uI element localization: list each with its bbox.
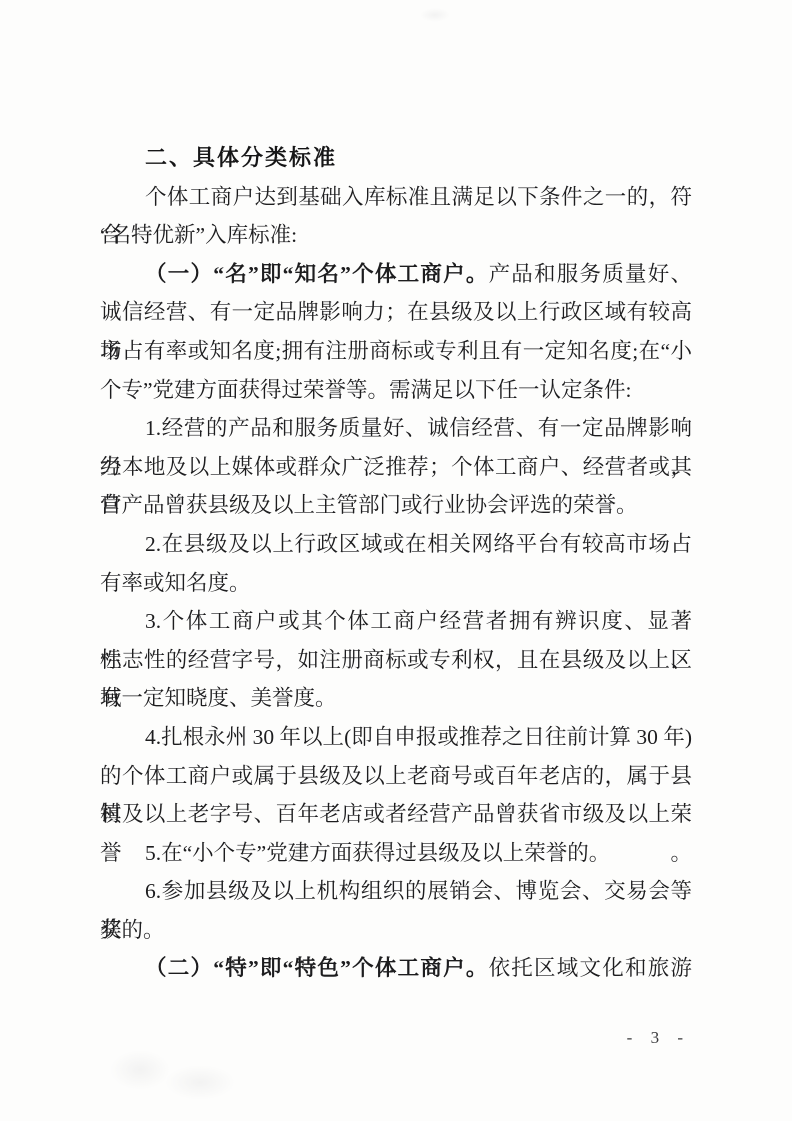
document-page: 二、具体分类标准个体工商户达到基础入库标准且满足以下条件之一的，符合“名特优新”… xyxy=(0,0,792,1121)
section-heading: 二、具体分类标准 xyxy=(100,139,692,178)
text-segment: 有一定知晓度、美誉度。 xyxy=(100,686,337,710)
text-line: 5.在“小个专”党建方面获得过县级及以上荣誉的。 xyxy=(100,834,692,873)
text-segment: 个专”党建方面获得过荣誉等。需满足以下任一认定条件: xyxy=(100,378,632,402)
text-line: 2.在县级及以上行政区域或在相关网络平台有较高市场占 xyxy=(100,525,692,564)
text-segment: 奖的。 xyxy=(100,918,165,942)
bold-text-segment: （一）“名”即“知名”个体工商户。 xyxy=(145,262,489,286)
text-segment: “名特优新”入库标准: xyxy=(100,223,297,247)
text-line: 6.参加县级及以上机构组织的展销会、博览会、交易会等获 xyxy=(100,872,692,911)
text-segment: 4.扎根永州 30 年以上(即自申报或推荐之日往前计算 30 年) xyxy=(145,725,692,749)
text-line: 村及以上老字号、百年老店或者经营产品曾获省市级及以上荣誉。 xyxy=(100,795,692,834)
text-line: 个专”党建方面获得过荣誉等。需满足以下任一认定条件: xyxy=(100,371,692,410)
text-line: 奖的。 xyxy=(100,911,692,950)
text-line: 诚信经营、有一定品牌影响力；在县级及以上行政区域有较高市 xyxy=(100,293,692,332)
text-line: 有一定知晓度、美誉度。 xyxy=(100,679,692,718)
bold-text-segment: 二、具体分类标准 xyxy=(145,145,337,170)
page-number: - 3 - xyxy=(627,1028,690,1048)
text-segment: 依托区域文化和旅游 xyxy=(489,956,692,980)
text-line: （一）“名”即“知名”个体工商户。产品和服务质量好、 xyxy=(100,255,692,294)
document-content: 二、具体分类标准个体工商户达到基础入库标准且满足以下条件之一的，符合“名特优新”… xyxy=(100,139,692,988)
text-line: 有率或知名度。 xyxy=(100,564,692,603)
scan-artifact xyxy=(165,1065,235,1100)
text-line: 3.个体工商户或其个体工商户经营者拥有辨识度、显著性、 xyxy=(100,602,692,641)
text-segment: 有率或知名度。 xyxy=(100,571,251,595)
scan-artifact xyxy=(420,8,450,22)
text-line: （二）“特”即“特色”个体工商户。依托区域文化和旅游 xyxy=(100,949,692,988)
text-line: 1.经营的产品和服务质量好、诚信经营、有一定品牌影响力， xyxy=(100,409,692,448)
text-segment: 5.在“小个专”党建方面获得过县级及以上荣誉的。 xyxy=(145,841,610,865)
text-line: 场占有率或知名度;拥有注册商标或专利且有一定知名度;在“小 xyxy=(100,332,692,371)
text-segment: 营产品曾获县级及以上主管部门或行业协会评选的荣誉。 xyxy=(100,493,638,517)
scan-artifact xyxy=(110,1050,170,1090)
bold-text-segment: （二）“特”即“特色”个体工商户。 xyxy=(145,956,489,980)
text-segment: 场占有率或知名度;拥有注册商标或专利且有一定知名度;在“小 xyxy=(100,339,692,363)
text-line: 个体工商户达到基础入库标准且满足以下条件之一的，符合 xyxy=(100,178,692,217)
text-line: 的个体工商户或属于县级及以上老商号或百年老店的，属于县镇 xyxy=(100,757,692,796)
text-line: 标志性的经营字号，如注册商标或专利权，且在县级及以上区域 xyxy=(100,641,692,680)
text-line: 营产品曾获县级及以上主管部门或行业协会评选的荣誉。 xyxy=(100,486,692,525)
text-segment: 2.在县级及以上行政区域或在相关网络平台有较高市场占 xyxy=(145,532,692,556)
text-segment: 产品和服务质量好、 xyxy=(489,262,692,286)
text-line: 经本地及以上媒体或群众广泛推荐；个体工商户、经营者或其自 xyxy=(100,448,692,487)
text-line: 4.扎根永州 30 年以上(即自申报或推荐之日往前计算 30 年) xyxy=(100,718,692,757)
text-line: “名特优新”入库标准: xyxy=(100,216,692,255)
